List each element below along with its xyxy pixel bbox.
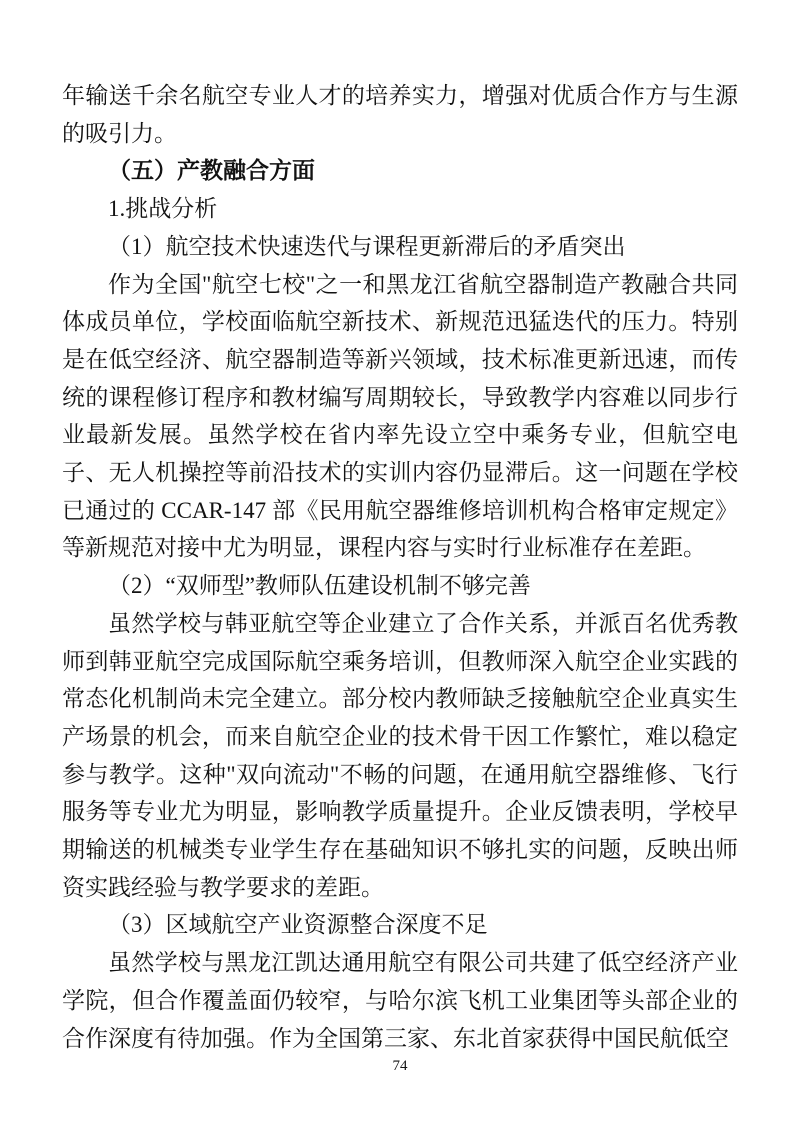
- paragraph-item-1: 作为全国"航空七校"之一和黑龙江省航空器制造产教融合共同体成员单位，学校面临航空…: [62, 266, 738, 568]
- item-heading-1: （1）航空技术快速迭代与课程更新滞后的矛盾突出: [62, 228, 738, 266]
- item-heading-3: （3）区域航空产业资源整合深度不足: [62, 906, 738, 944]
- subsection-heading-challenge-analysis: 1.挑战分析: [62, 190, 738, 228]
- page-number: 74: [0, 1058, 800, 1075]
- item-heading-2: （2）“双师型”教师队伍建设机制不够完善: [62, 567, 738, 605]
- paragraph-item-3: 虽然学校与黑龙江凯达通用航空有限公司共建了低空经济产业学院，但合作覆盖面仍较窄，…: [62, 944, 738, 1057]
- document-body: 年输送千余名航空专业人才的培养实力，增强对优质合作方与生源的吸引力。 （五）产教…: [62, 77, 738, 1057]
- document-page: 年输送千余名航空专业人才的培养实力，增强对优质合作方与生源的吸引力。 （五）产教…: [0, 0, 800, 1131]
- paragraph-continuation: 年输送千余名航空专业人才的培养实力，增强对优质合作方与生源的吸引力。: [62, 77, 738, 152]
- paragraph-item-2: 虽然学校与韩亚航空等企业建立了合作关系，并派百名优秀教师到韩亚航空完成国际航空乘…: [62, 605, 738, 907]
- section-heading: （五）产教融合方面: [62, 152, 738, 190]
